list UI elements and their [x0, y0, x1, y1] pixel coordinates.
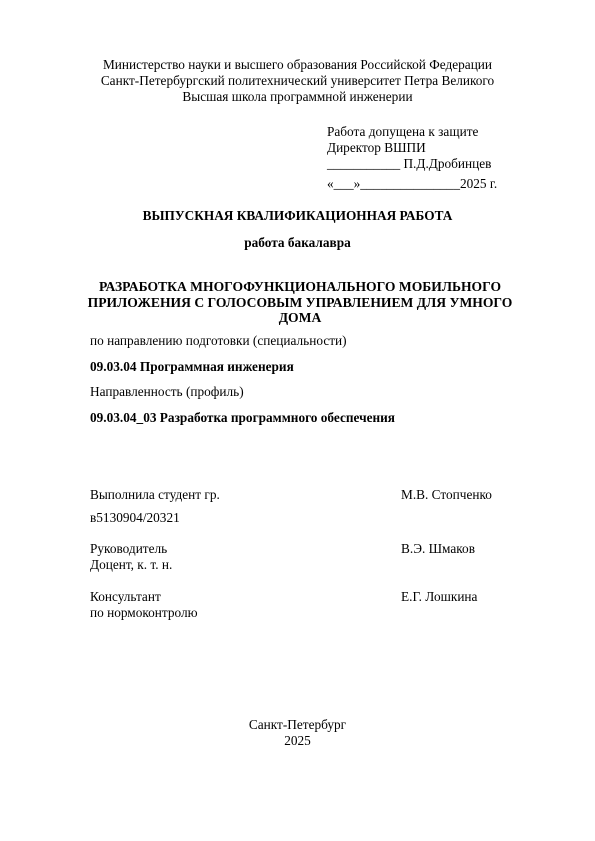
footer-year: 2025: [0, 733, 595, 749]
approval-director: Директор ВШПИ: [327, 140, 497, 156]
approval-signature-line: ___________ П.Д.Дробинцев: [327, 156, 497, 176]
school-line: Высшая школа программной инженерии: [0, 89, 595, 105]
profile-value: 09.03.04_03 Разработка программного обес…: [90, 410, 395, 426]
footer-city: Санкт-Петербург: [0, 717, 595, 733]
consultant-name: Е.Г. Лошкина: [401, 589, 477, 605]
supervisor-name: В.Э. Шмаков: [401, 541, 475, 557]
ministry-line: Министерство науки и высшего образования…: [0, 57, 595, 73]
direction-label: по направлению подготовки (специальности…: [90, 333, 347, 349]
profile-label: Направленность (профиль): [90, 384, 244, 400]
consultant-role: Консультант: [90, 589, 161, 605]
university-line: Санкт-Петербургский политехнический унив…: [0, 73, 595, 89]
consultant-subrole: по нормоконтролю: [90, 605, 198, 621]
student-role: Выполнила студент гр.: [90, 487, 220, 503]
degree: работа бакалавра: [0, 235, 595, 251]
thesis-title: РАЗРАБОТКА МНОГОФУНКЦИОНАЛЬНОГО МОБИЛЬНО…: [85, 279, 515, 326]
approval-block: Работа допущена к защите Директор ВШПИ _…: [327, 124, 497, 192]
approval-date-line: «___»_______________2025 г.: [327, 176, 497, 192]
supervisor-position: Доцент, к. т. н.: [90, 557, 172, 573]
work-type: ВЫПУСКНАЯ КВАЛИФИКАЦИОННАЯ РАБОТА: [0, 208, 595, 224]
supervisor-role: Руководитель: [90, 541, 167, 557]
direction-value: 09.03.04 Программная инженерия: [90, 359, 294, 375]
student-group: в5130904/20321: [90, 510, 180, 526]
approval-admitted: Работа допущена к защите: [327, 124, 497, 140]
student-name: М.В. Стопченко: [401, 487, 492, 503]
